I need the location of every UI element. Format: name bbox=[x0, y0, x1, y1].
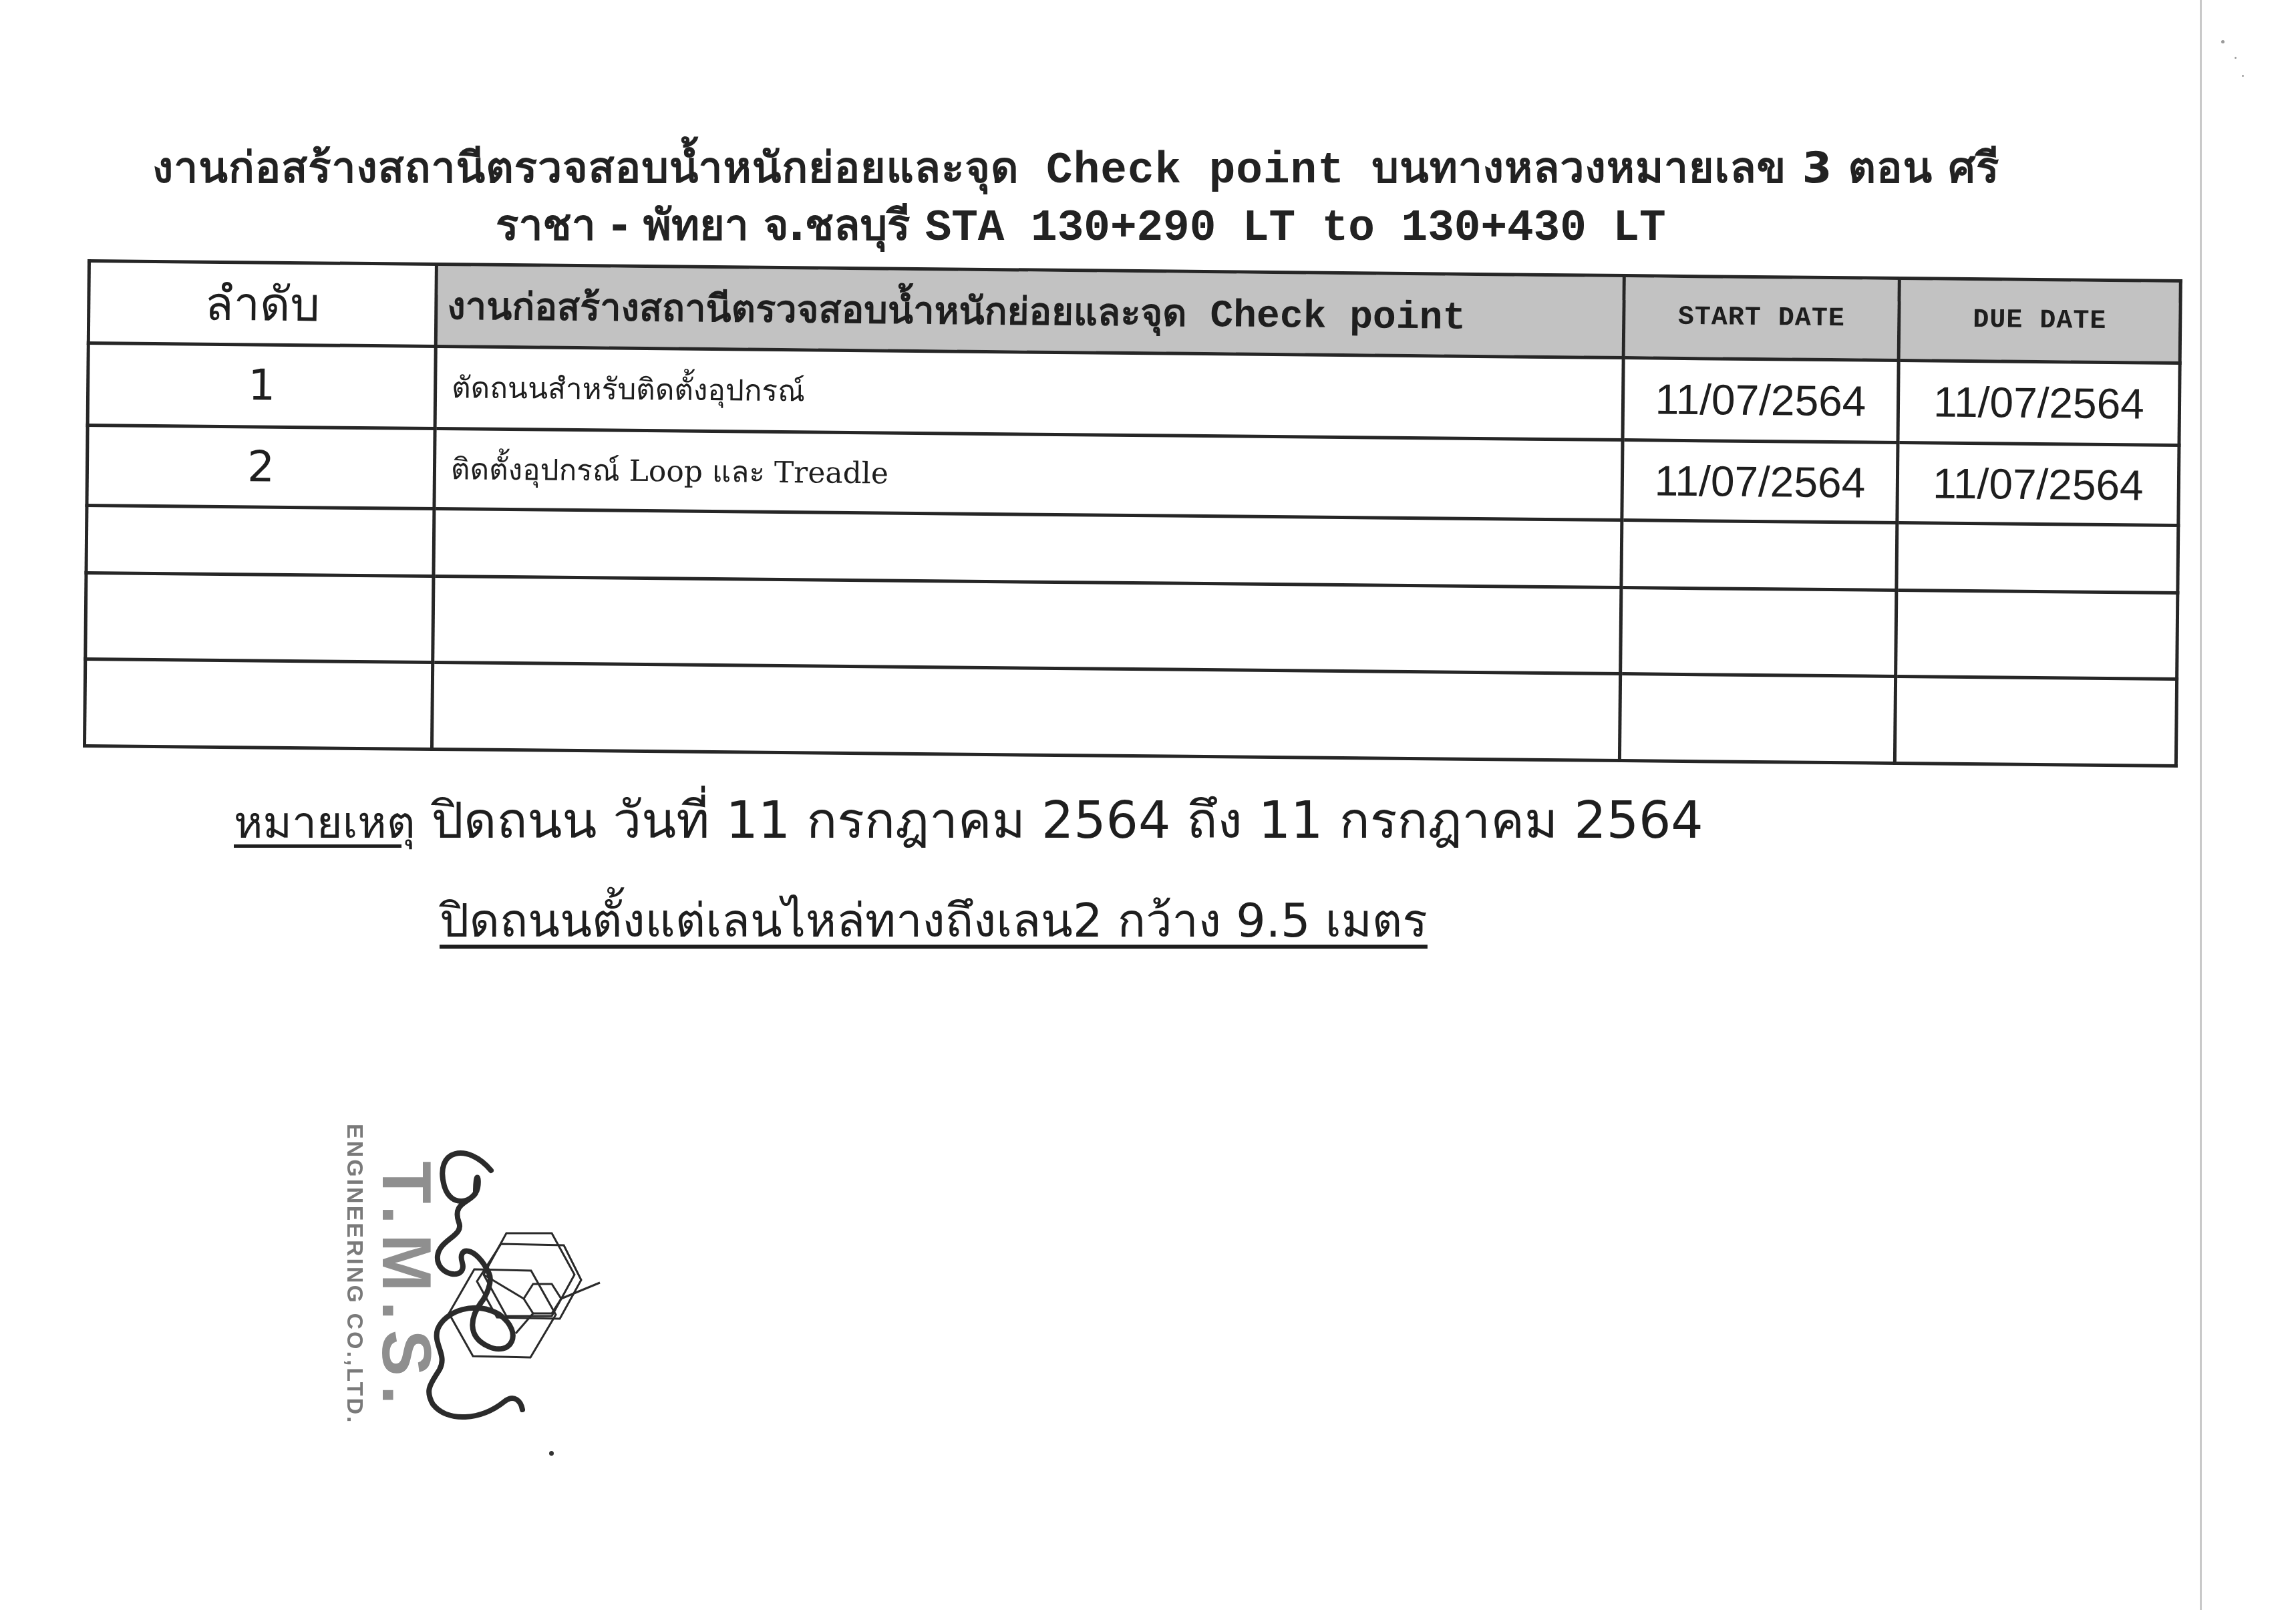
row-due-date bbox=[1897, 523, 2178, 593]
title-english-part: Check point bbox=[1019, 146, 1371, 196]
row-sequence: 2 bbox=[87, 426, 435, 509]
header-task-english: Check point bbox=[1186, 294, 1466, 340]
row-sequence bbox=[85, 659, 433, 749]
row-due-date bbox=[1895, 677, 2176, 766]
row-due-date bbox=[1896, 591, 2178, 679]
row-start-date bbox=[1619, 674, 1895, 764]
note-label: หมายเหตุ bbox=[234, 797, 416, 848]
stamp-company-name: ENGINEERING CO.,LTD. T.M.S. bbox=[342, 1124, 445, 1424]
stamp-engineering-text: ENGINEERING CO.,LTD. bbox=[342, 1124, 367, 1424]
schedule-table: ลำดับ งานก่อสร้างสถานีตรวจสอบน้ำหนักย่อย… bbox=[83, 259, 2182, 768]
row-start-date: 11/07/2564 bbox=[1622, 440, 1898, 523]
row-task bbox=[434, 508, 1622, 587]
row-start-date: 11/07/2564 bbox=[1623, 358, 1899, 443]
schedule-table-container: ลำดับ งานก่อสร้างสถานีตรวจสอบน้ำหนักย่อย… bbox=[83, 259, 2182, 768]
document-title-line-2: ราชา - พัทยา จ.ชลบุรี STA 130+290 LT to … bbox=[496, 191, 1666, 259]
title-thai-part-2: บนทางหลวงหมายเลข 3 ตอน ศรี bbox=[1371, 144, 1999, 193]
header-start-date: START DATE bbox=[1623, 276, 1899, 361]
header-sequence: ลำดับ bbox=[88, 261, 436, 347]
title-thai-part-1: งานก่อสร้างสถานีตรวจสอบน้ำหนักย่อยและจุด bbox=[152, 144, 1019, 193]
row-task: ตัดถนนสำหรับติดตั้งอุปกรณ์ bbox=[435, 347, 1623, 440]
row-sequence bbox=[86, 506, 434, 577]
header-task-thai: งานก่อสร้างสถานีตรวจสอบน้ำหนักย่อยและจุด bbox=[447, 285, 1187, 335]
scan-speck bbox=[2221, 40, 2225, 43]
scan-speck bbox=[2235, 57, 2237, 59]
title-location-thai: ราชา - พัทยา จ.ชลบุรี bbox=[496, 201, 925, 251]
row-task: ติดตั้งอุปกรณ์ Loop และ Treadle bbox=[434, 429, 1623, 520]
title-station-range: STA 130+290 LT to 130+430 LT bbox=[925, 203, 1666, 253]
row-due-date: 11/07/2564 bbox=[1898, 361, 2180, 446]
note-road-closure-dates: ปิดถนน วันที่ 11 กรกฎาคม 2564 ถึง 11 กรก… bbox=[416, 790, 1703, 850]
row-task bbox=[433, 576, 1621, 673]
note-line-2: ปิดถนนตั้งแต่เลนไหล่ทางถึงเลน2 กว้าง 9.5… bbox=[440, 883, 1428, 957]
row-start-date bbox=[1621, 588, 1897, 677]
row-sequence bbox=[86, 573, 434, 663]
scan-speck bbox=[2242, 75, 2244, 77]
header-task: งานก่อสร้างสถานีตรวจสอบน้ำหนักย่อยและจุด… bbox=[436, 265, 1624, 358]
row-due-date: 11/07/2564 bbox=[1897, 443, 2179, 526]
header-due-date: DUE DATE bbox=[1899, 279, 2180, 363]
note-line-1: หมายเหตุ ปิดถนน วันที่ 11 กรกฎาคม 2564 ถ… bbox=[234, 780, 1703, 860]
scan-edge-line bbox=[2200, 0, 2202, 1610]
row-task bbox=[432, 662, 1620, 760]
company-stamp: ENGINEERING CO.,LTD. T.M.S. bbox=[321, 1102, 628, 1476]
row-start-date bbox=[1621, 520, 1897, 591]
row-sequence: 1 bbox=[88, 343, 436, 429]
